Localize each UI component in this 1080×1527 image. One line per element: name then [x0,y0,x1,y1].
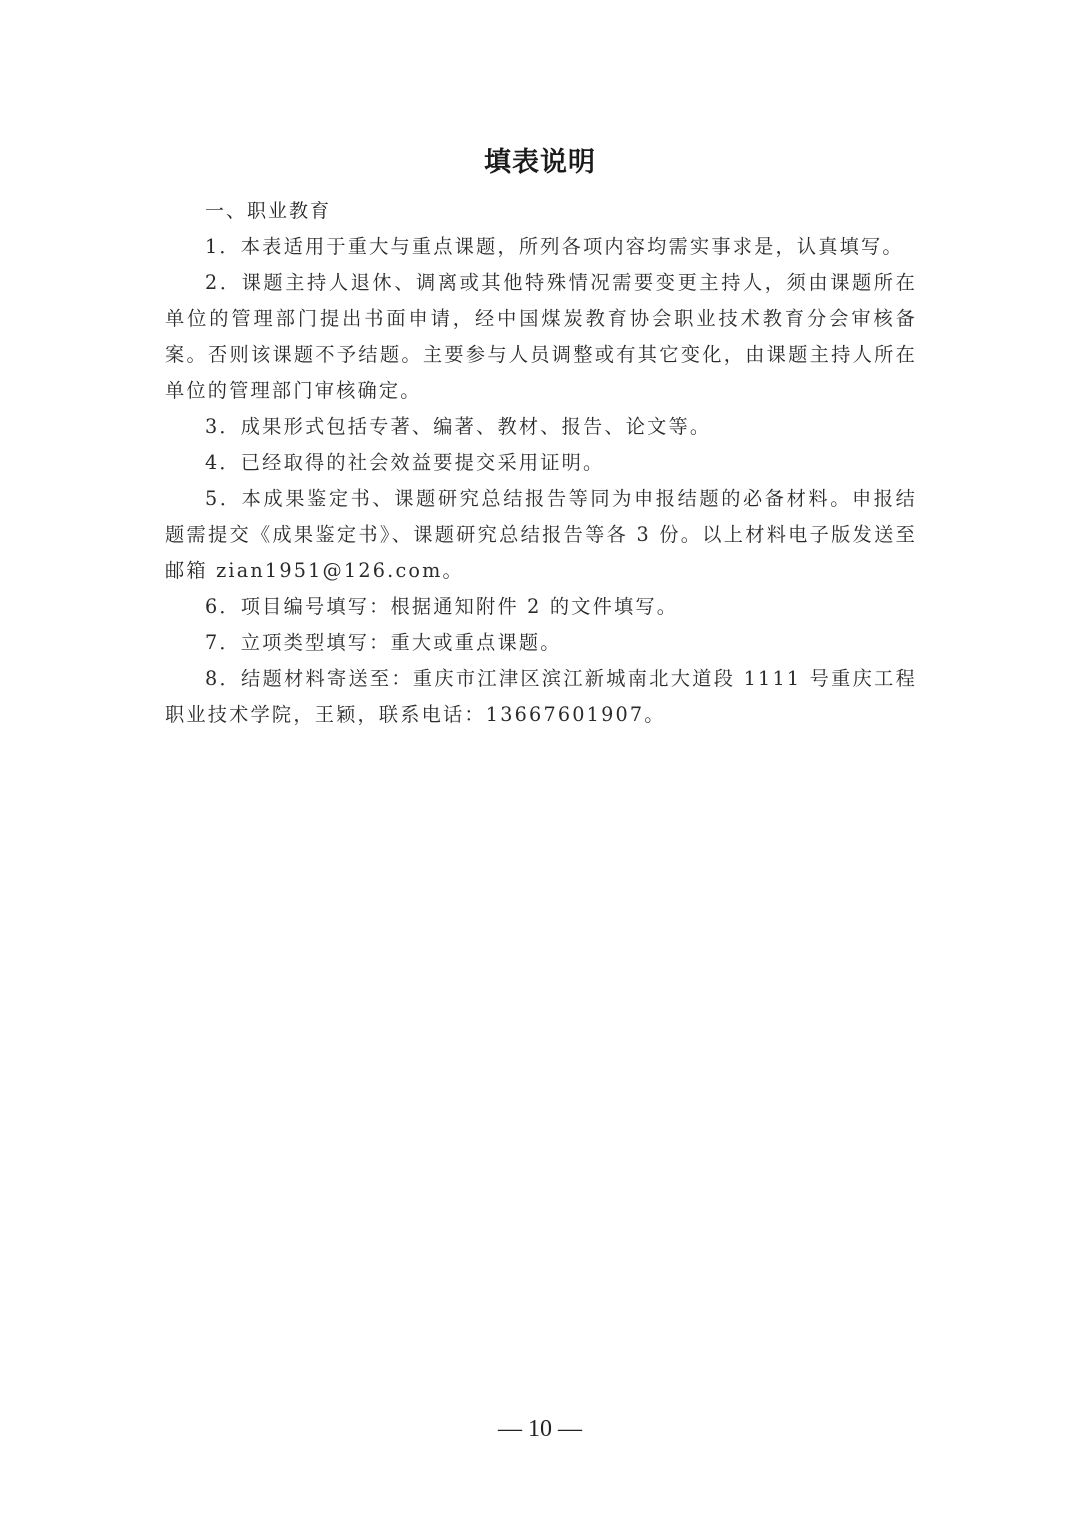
instruction-item-6: 6．项目编号填写：根据通知附件 2 的文件填写。 [165,589,917,625]
instruction-item-8: 8．结题材料寄送至：重庆市江津区滨江新城南北大道段 1111 号重庆工程职业技术… [165,661,917,733]
instruction-item-5: 5．本成果鉴定书、课题研究总结报告等同为申报结题的必备材料。申报结题需提交《成果… [165,481,917,589]
document-body: 一、职业教育 1．本表适用于重大与重点课题，所列各项内容均需实事求是，认真填写。… [165,193,917,733]
instruction-item-7: 7．立项类型填写：重大或重点课题。 [165,625,917,661]
instruction-item-1: 1．本表适用于重大与重点课题，所列各项内容均需实事求是，认真填写。 [165,229,917,265]
document-page: 填表说明 一、职业教育 1．本表适用于重大与重点课题，所列各项内容均需实事求是，… [0,0,1080,1527]
instruction-item-3: 3．成果形式包括专著、编著、教材、报告、论文等。 [165,409,917,445]
section-heading: 一、职业教育 [165,193,917,229]
page-title: 填表说明 [0,140,1080,179]
page-number: — 10 — [0,1416,1080,1443]
instruction-item-2: 2．课题主持人退休、调离或其他特殊情况需要变更主持人，须由课题所在单位的管理部门… [165,265,917,409]
instruction-item-4: 4．已经取得的社会效益要提交采用证明。 [165,445,917,481]
